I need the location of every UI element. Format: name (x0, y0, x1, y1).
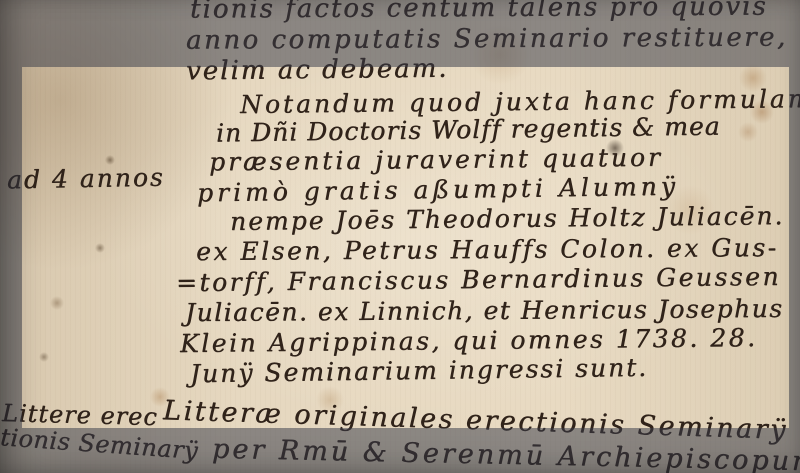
margin-note: ad 4 annos (7, 164, 165, 194)
manuscript-line-body: nempe Joēs Theodorus Holtz Juliacēn. (230, 202, 785, 235)
manuscript-line-body: præsentia juraverint quatuor (209, 144, 663, 176)
bottom-margin-note: tionis Seminarÿ (0, 424, 199, 464)
manuscript-line-body: Klein Agrippinas, qui omnes 1738. 28. (180, 324, 758, 358)
manuscript-page: tionis factos centum talens pro quovis a… (0, 0, 800, 473)
manuscript-line-top: tionis factos centum talens pro quovis (190, 0, 768, 24)
manuscript-line-body: =torff, Franciscus Bernardinus Geussen (176, 263, 781, 297)
manuscript-line-body: ex Elsen, Petrus Hauffs Colon. ex Gus- (196, 234, 779, 266)
manuscript-line-top: velim ac debeam. (186, 55, 449, 86)
manuscript-line-body: Junÿ Seminarium ingressi sunt. (190, 354, 648, 388)
manuscript-line-body: primò gratis aßumpti Alumnÿ (197, 173, 679, 207)
manuscript-line-body: Juliacēn. ex Linnich, et Henricus Joseph… (185, 295, 784, 327)
manuscript-line-top: anno computatis Seminario restituere, (186, 23, 788, 55)
